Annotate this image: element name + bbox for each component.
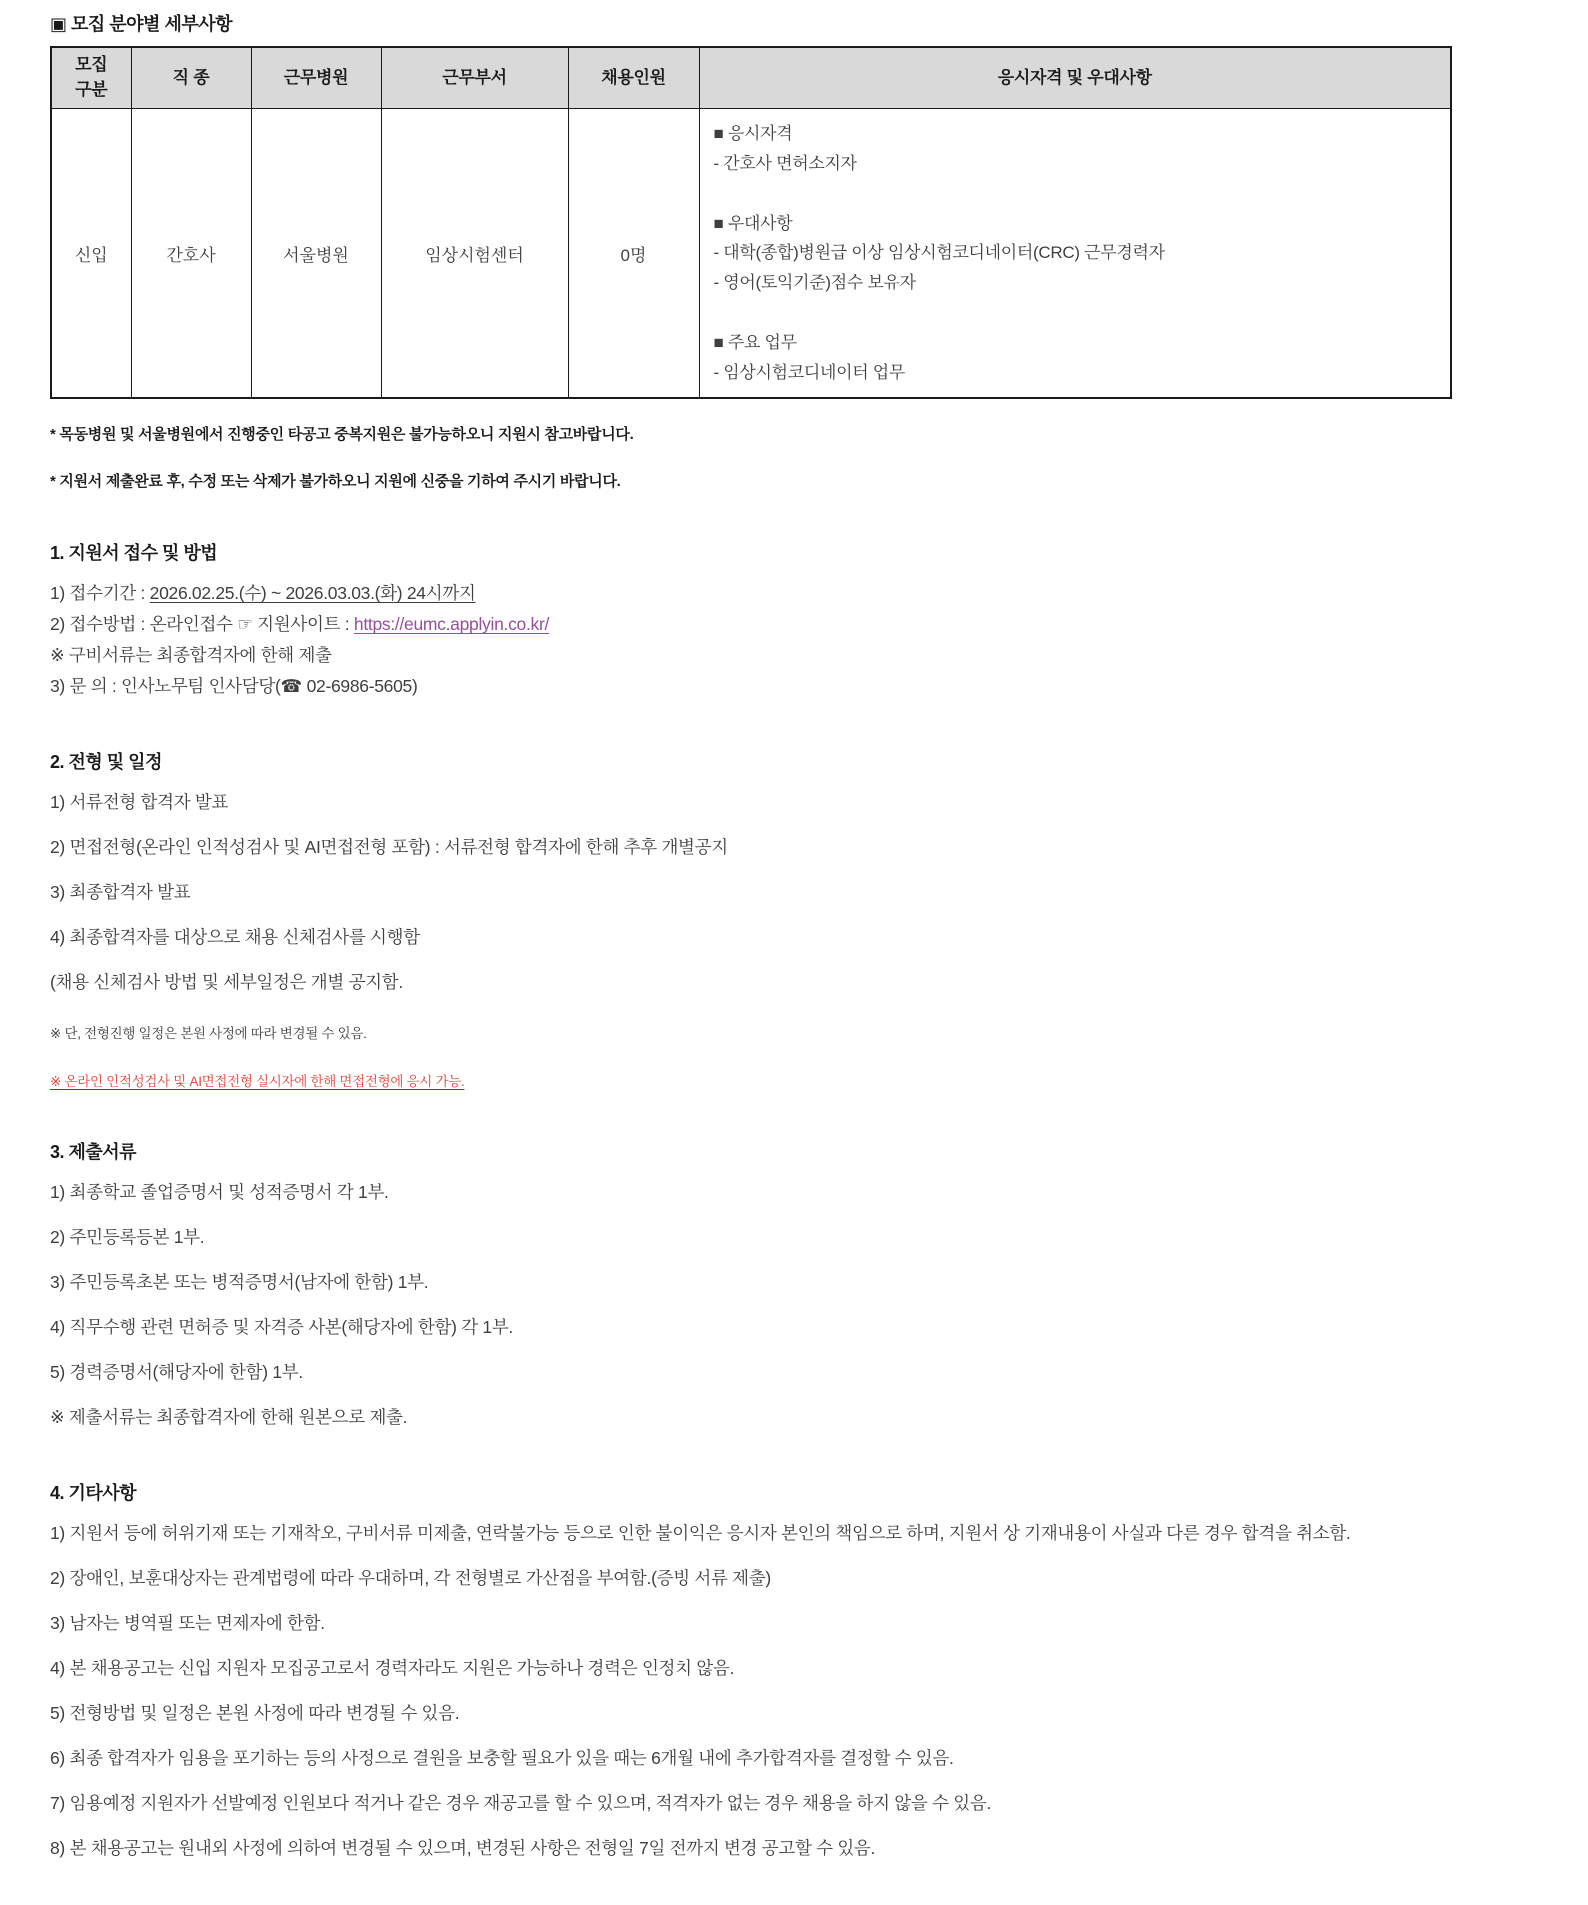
screening-step: 4) 최종합격자를 대상으로 채용 신체검사를 시행함 xyxy=(50,923,1532,951)
section-screening-schedule: 2. 전형 및 일정 1) 서류전형 합격자 발표 2) 면접전형(온라인 인적… xyxy=(50,748,1532,1090)
preference-group: ■ 우대사항 - 대학(종합)병원급 이상 임상시험코디네이터(CRC) 근무경… xyxy=(714,209,1437,298)
header-qualifications: 응시자격 및 우대사항 xyxy=(699,47,1451,109)
section2-heading: 2. 전형 및 일정 xyxy=(50,748,1532,774)
other-matter-item: 5) 전형방법 및 일정은 본원 사정에 따라 변경될 수 있음. xyxy=(50,1699,1532,1727)
application-period-dates: 2026.02.25.(수) ~ 2026.03.03.(화) 24시까지 xyxy=(150,583,476,603)
required-doc-note: ※ 제출서류는 최종합격자에 한해 원본으로 제출. xyxy=(50,1403,1532,1431)
required-doc-item: 3) 주민등록초본 또는 병적증명서(남자에 한함) 1부. xyxy=(50,1268,1532,1296)
application-site-link[interactable]: https://eumc.applyin.co.kr/ xyxy=(354,614,549,634)
other-matter-item: 3) 남자는 병역필 또는 면제자에 한함. xyxy=(50,1609,1532,1637)
note-no-edit-after-submit: * 지원서 제출완료 후, 수정 또는 삭제가 불가하오니 지원에 신중을 기하… xyxy=(50,470,1532,491)
other-matter-item: 4) 본 채용공고는 신입 지원자 모집공고로서 경력자라도 지원은 가능하나 … xyxy=(50,1654,1532,1682)
other-matter-item: 8) 본 채용공고는 원내외 사정에 의하여 변경될 수 있으며, 변경된 사항… xyxy=(50,1834,1532,1862)
application-method-label: 2) 접수방법 : 온라인접수 ☞ 지원사이트 : xyxy=(50,614,354,634)
table-row: 신입 간호사 서울병원 임상시험센터 0명 ■ 응시자격 - 간호사 면허소지자… xyxy=(51,109,1451,399)
section4-heading: 4. 기타사항 xyxy=(50,1479,1532,1505)
screening-step: (채용 신체검사 방법 및 세부일정은 개별 공지함. xyxy=(50,968,1532,996)
cell-recruit-type: 신입 xyxy=(51,109,131,399)
main-duties-title: ■ 주요 업무 xyxy=(714,328,1437,358)
cell-qualifications: ■ 응시자격 - 간호사 면허소지자 ■ 우대사항 - 대학(종합)병원급 이상… xyxy=(699,109,1451,399)
section-other-matters: 4. 기타사항 1) 지원서 등에 허위기재 또는 기재착오, 구비서류 미제출… xyxy=(50,1479,1532,1862)
qualification-title: ■ 응시자격 xyxy=(714,119,1437,149)
screening-step: 3) 최종합격자 발표 xyxy=(50,878,1532,906)
document: ▣ 모집 분야별 세부사항 모집 구분 직 종 근무병원 근무부서 채용인원 응… xyxy=(0,0,1588,1905)
required-docs-note: ※ 구비서류는 최종합격자에 한해 제출 xyxy=(50,641,1532,669)
recruit-details-table: 모집 구분 직 종 근무병원 근무부서 채용인원 응시자격 및 우대사항 신입 … xyxy=(50,46,1452,399)
required-doc-item: 1) 최종학교 졸업증명서 및 성적증명서 각 1부. xyxy=(50,1178,1532,1206)
schedule-change-note: ※ 단, 전형진행 일정은 본원 사정에 따라 변경될 수 있음. xyxy=(50,1022,1532,1042)
section-application-method: 1. 지원서 접수 및 방법 1) 접수기간 : 2026.02.25.(수) … xyxy=(50,539,1532,700)
main-duties-group: ■ 주요 업무 - 임상시험코디네이터 업무 xyxy=(714,328,1437,388)
table-header-row: 모집 구분 직 종 근무병원 근무부서 채용인원 응시자격 및 우대사항 xyxy=(51,47,1451,109)
cell-job-title: 간호사 xyxy=(131,109,251,399)
application-period-line: 1) 접수기간 : 2026.02.25.(수) ~ 2026.03.03.(화… xyxy=(50,579,1532,607)
other-matter-item: 6) 최종 합격자가 임용을 포기하는 등의 사정으로 결원을 보충할 필요가 … xyxy=(50,1744,1532,1772)
contact-line: 3) 문 의 : 인사노무팀 인사담당(☎ 02-6986-5605) xyxy=(50,672,1532,700)
other-matter-item: 1) 지원서 등에 허위기재 또는 기재착오, 구비서류 미제출, 연락불가능 … xyxy=(50,1519,1532,1547)
preference-title: ■ 우대사항 xyxy=(714,209,1437,239)
header-hospital: 근무병원 xyxy=(251,47,381,109)
preference-item: - 영어(토익기준)점수 보유자 xyxy=(714,268,1437,298)
other-matter-item: 7) 임용예정 지원자가 선발예정 인원보다 적거나 같은 경우 재공고를 할 … xyxy=(50,1789,1532,1817)
section3-heading: 3. 제출서류 xyxy=(50,1138,1532,1164)
application-site-line: 2) 접수방법 : 온라인접수 ☞ 지원사이트 : https://eumc.a… xyxy=(50,610,1532,638)
section-required-documents: 3. 제출서류 1) 최종학교 졸업증명서 및 성적증명서 각 1부. 2) 주… xyxy=(50,1138,1532,1431)
screening-step: 1) 서류전형 합격자 발표 xyxy=(50,788,1532,816)
required-doc-item: 5) 경력증명서(해당자에 한함) 1부. xyxy=(50,1358,1532,1386)
main-duties-item: - 임상시험코디네이터 업무 xyxy=(714,358,1437,388)
interview-requirement-note: ※ 온라인 인적성검사 및 AI면접전형 실시자에 한해 면접전형에 응시 가능… xyxy=(50,1070,1532,1090)
application-period-label: 1) 접수기간 : xyxy=(50,583,150,603)
header-job-title: 직 종 xyxy=(131,47,251,109)
note-duplicate-application: * 목동병원 및 서울병원에서 진행중인 타공고 중복지원은 불가능하오니 지원… xyxy=(50,423,1532,444)
cell-hospital: 서울병원 xyxy=(251,109,381,399)
header-headcount: 채용인원 xyxy=(568,47,699,109)
other-matter-item: 2) 장애인, 보훈대상자는 관계법령에 따라 우대하며, 각 전형별로 가산점… xyxy=(50,1564,1532,1592)
section1-heading: 1. 지원서 접수 및 방법 xyxy=(50,539,1532,565)
header-department: 근무부서 xyxy=(381,47,568,109)
screening-step: 2) 면접전형(온라인 인적성검사 및 AI면접전형 포함) : 서류전형 합격… xyxy=(50,833,1532,861)
header-recruit-type: 모집 구분 xyxy=(51,47,131,109)
page-title: ▣ 모집 분야별 세부사항 xyxy=(50,10,1532,36)
preference-item: - 대학(종합)병원급 이상 임상시험코디네이터(CRC) 근무경력자 xyxy=(714,238,1437,268)
required-doc-item: 2) 주민등록등본 1부. xyxy=(50,1223,1532,1251)
qualification-group: ■ 응시자격 - 간호사 면허소지자 xyxy=(714,119,1437,179)
qualification-item: - 간호사 면허소지자 xyxy=(714,149,1437,179)
cell-department: 임상시험센터 xyxy=(381,109,568,399)
required-doc-item: 4) 직무수행 관련 면허증 및 자격증 사본(해당자에 한함) 각 1부. xyxy=(50,1313,1532,1341)
cell-headcount: 0명 xyxy=(568,109,699,399)
